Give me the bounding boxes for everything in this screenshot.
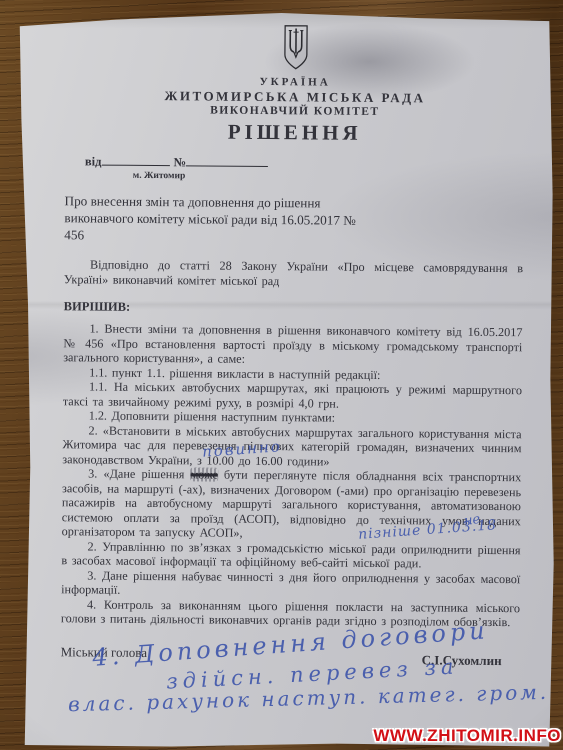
resolved-label: ВИРІШИВ: bbox=[64, 299, 523, 318]
subject-block: Про внесення змін та доповнення до рішен… bbox=[64, 192, 364, 246]
ukraine-trident-emblem bbox=[276, 24, 314, 70]
document-type-title: РІШЕННЯ bbox=[65, 118, 524, 147]
paragraph-publish: 2. Управлінню по зв’язках з громадськіст… bbox=[61, 539, 520, 572]
number-label: № bbox=[173, 155, 186, 169]
decision-document: УКРАЇНА ЖИТОМИРСЬКА МІСЬКА РАДА ВИКОНАВЧ… bbox=[0, 10, 557, 750]
preamble-paragraph: Відповідно до статті 28 Закону України «… bbox=[64, 257, 523, 290]
paragraph-1-1: 1.1. На міських автобусних маршрутах, як… bbox=[63, 379, 522, 412]
site-watermark: WWW.ZHITOMIR.INFO bbox=[373, 726, 561, 746]
item3-before: 3. «Дане рішення bbox=[88, 466, 191, 481]
paragraph-2-new: 2. «Встановити в міських автобусних марш… bbox=[62, 423, 521, 471]
document-paper: УКРАЇНА ЖИТОМИРСЬКА МІСЬКА РАДА ВИКОНАВЧ… bbox=[6, 10, 557, 748]
resolution-items: 1. Внести зміни та доповнення в рішення … bbox=[61, 321, 523, 629]
paragraph-effective: 3. Дане рішення набуває чинності з дня й… bbox=[61, 568, 520, 601]
number-blank-line bbox=[186, 154, 268, 167]
paragraph-control: 4. Контроль за виконанням цього рішення … bbox=[61, 597, 520, 630]
struck-word: може bbox=[191, 467, 218, 481]
date-blank-line bbox=[101, 154, 169, 167]
date-number-line: від№ м. Житомир bbox=[85, 153, 524, 184]
paragraph-3-new: 3. «Дане рішення може бути переглянуте п… bbox=[62, 466, 522, 543]
signature-row: Міський голова С.І.Сухомлин bbox=[61, 644, 520, 664]
date-label: від bbox=[85, 154, 102, 168]
signatory-title: Міський голова bbox=[61, 644, 148, 661]
document-body: Відповідно до статті 28 Закону України «… bbox=[61, 257, 523, 629]
emblem-block bbox=[66, 22, 525, 72]
paragraph-1: 1. Внести зміни та доповнення в рішення … bbox=[63, 321, 522, 369]
signatory-name: С.І.Сухомлин bbox=[422, 652, 502, 669]
city-line: м. Житомир bbox=[133, 171, 524, 184]
